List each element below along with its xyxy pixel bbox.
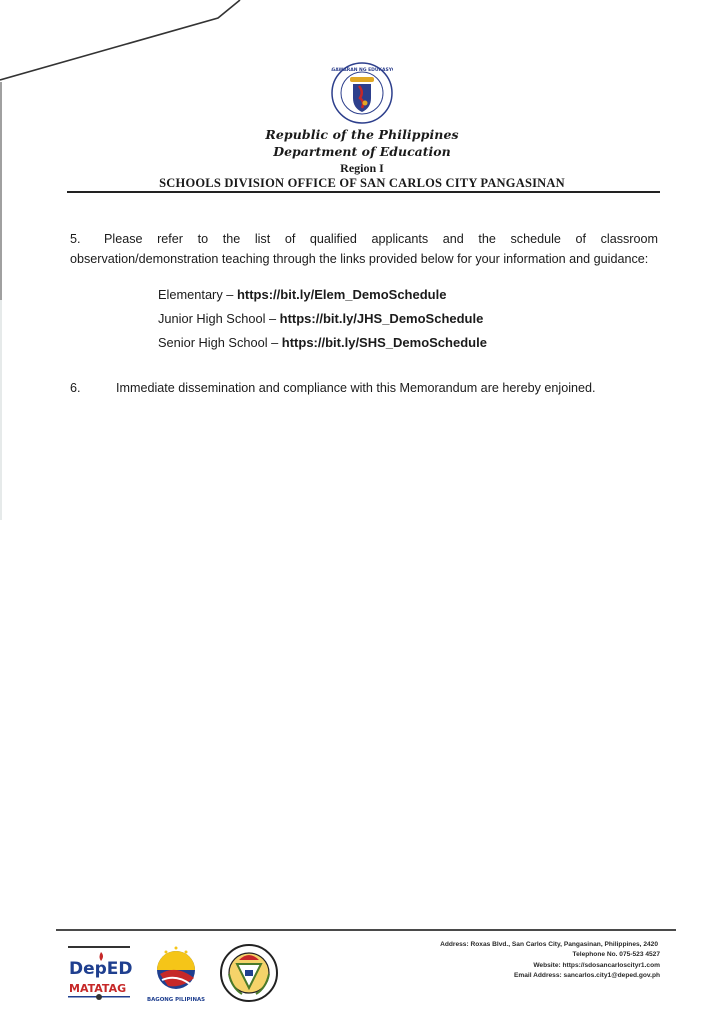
- paragraph-text: Immediate dissemination and compliance w…: [116, 381, 596, 395]
- link-url[interactable]: https://bit.ly/Elem_DemoSchedule: [237, 287, 447, 302]
- region-heading: Region I: [0, 161, 724, 176]
- republic-heading: Republic of the Philippines: [0, 127, 724, 142]
- deped-seal-icon: KAGAWARAN NG EDUKASYON: [331, 62, 393, 124]
- bagong-pilipinas-logo: BAGONG PILIPINAS: [146, 944, 206, 1006]
- link-url[interactable]: https://bit.ly/JHS_DemoSchedule: [280, 311, 484, 326]
- paragraph-6: 6.Immediate dissemination and compliance…: [70, 378, 658, 398]
- link-url[interactable]: https://bit.ly/SHS_DemoSchedule: [282, 335, 487, 350]
- office-heading: SCHOOLS DIVISION OFFICE OF SAN CARLOS CI…: [0, 176, 724, 191]
- svg-text:MATATAG: MATATAG: [69, 982, 126, 995]
- telephone-text: Telephone No. 075-523 4527: [440, 950, 660, 960]
- paragraph-number: 6.: [70, 378, 116, 398]
- header-divider: [67, 191, 660, 193]
- svg-text:BAGONG PILIPINAS: BAGONG PILIPINAS: [147, 997, 205, 1003]
- link-item-jhs: Junior High School – https://bit.ly/JHS_…: [158, 309, 487, 333]
- paragraph-text: Please refer to the list of qualified ap…: [70, 232, 658, 266]
- paragraph-number: 5.: [70, 229, 104, 249]
- link-label: Junior High School –: [158, 311, 280, 326]
- department-heading: Department of Education: [0, 144, 724, 159]
- svg-text:DepED: DepED: [69, 959, 133, 979]
- website-text[interactable]: Website: https://sdosancarloscityr1.com: [440, 961, 660, 971]
- link-label: Elementary –: [158, 287, 237, 302]
- paragraph-5: 5.Please refer to the list of qualified …: [70, 229, 658, 269]
- link-item-shs: Senior High School – https://bit.ly/SHS_…: [158, 333, 487, 357]
- schedule-links: Elementary – https://bit.ly/Elem_DemoSch…: [158, 285, 487, 357]
- link-label: Senior High School –: [158, 335, 282, 350]
- sdo-san-carlos-seal-icon: [220, 944, 278, 1002]
- footer-divider: [56, 929, 676, 931]
- deped-matatag-logo: DepED MATATAG: [68, 944, 138, 1004]
- link-item-elementary: Elementary – https://bit.ly/Elem_DemoSch…: [158, 285, 487, 309]
- svg-text:KAGAWARAN NG EDUKASYON: KAGAWARAN NG EDUKASYON: [331, 67, 393, 73]
- email-text[interactable]: Email Address: sancarlos.city1@deped.gov…: [440, 971, 660, 981]
- address-text: Address: Roxas Blvd., San Carlos City, P…: [440, 940, 658, 950]
- contact-info: Address: Roxas Blvd., San Carlos City, P…: [440, 940, 660, 982]
